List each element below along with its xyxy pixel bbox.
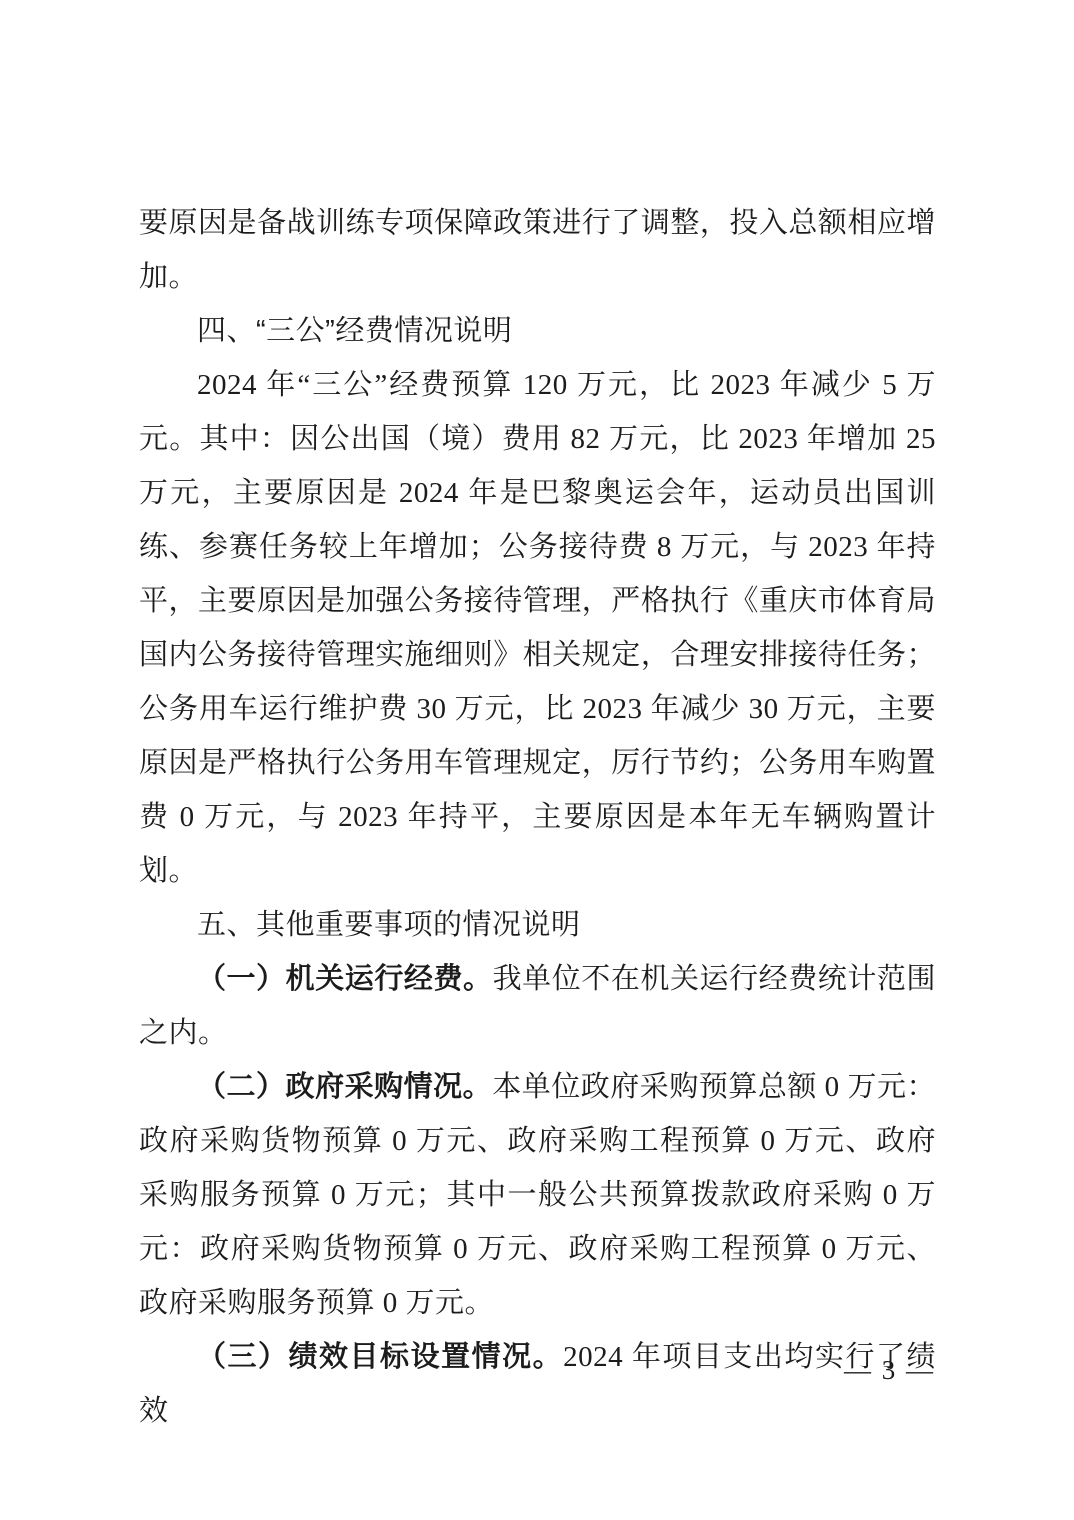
paragraph-continuation: 要原因是备战训练专项保障政策进行了调整，投入总额相应增加。 [139,196,936,304]
paragraph-item-government-procurement: （二）政府采购情况。本单位政府采购预算总额 0 万元：政府采购货物预算 0 万元… [139,1060,936,1330]
paragraph-item-performance-targets: （三）绩效目标设置情况。2024 年项目支出均实行了绩效 [139,1330,936,1438]
paragraph-item-operating-expenses: （一）机关运行经费。我单位不在机关运行经费统计范围之内。 [139,952,936,1060]
document-body: 要原因是备战训练专项保障政策进行了调整，投入总额相应增加。 四、“三公”经费情况… [139,196,936,1438]
page-number: — 3 — [844,1350,935,1390]
item-government-procurement-lead: （二）政府采购情况。 [197,1071,492,1103]
section-heading-five: 五、其他重要事项的情况说明 [139,898,936,952]
section-heading-four: 四、“三公”经费情况说明 [139,304,936,358]
item-operating-expenses-lead: （一）机关运行经费。 [197,963,493,995]
paragraph-three-public-funds: 2024 年“三公”经费预算 120 万元，比 2023 年减少 5 万元。其中… [139,358,936,898]
document-page: 要原因是备战训练专项保障政策进行了调整，投入总额相应增加。 四、“三公”经费情况… [0,0,1074,1520]
item-government-procurement-body: 本单位政府采购预算总额 0 万元：政府采购货物预算 0 万元、政府采购工程预算 … [139,1071,936,1319]
item-performance-targets-lead: （三）绩效目标设置情况。 [197,1341,563,1373]
